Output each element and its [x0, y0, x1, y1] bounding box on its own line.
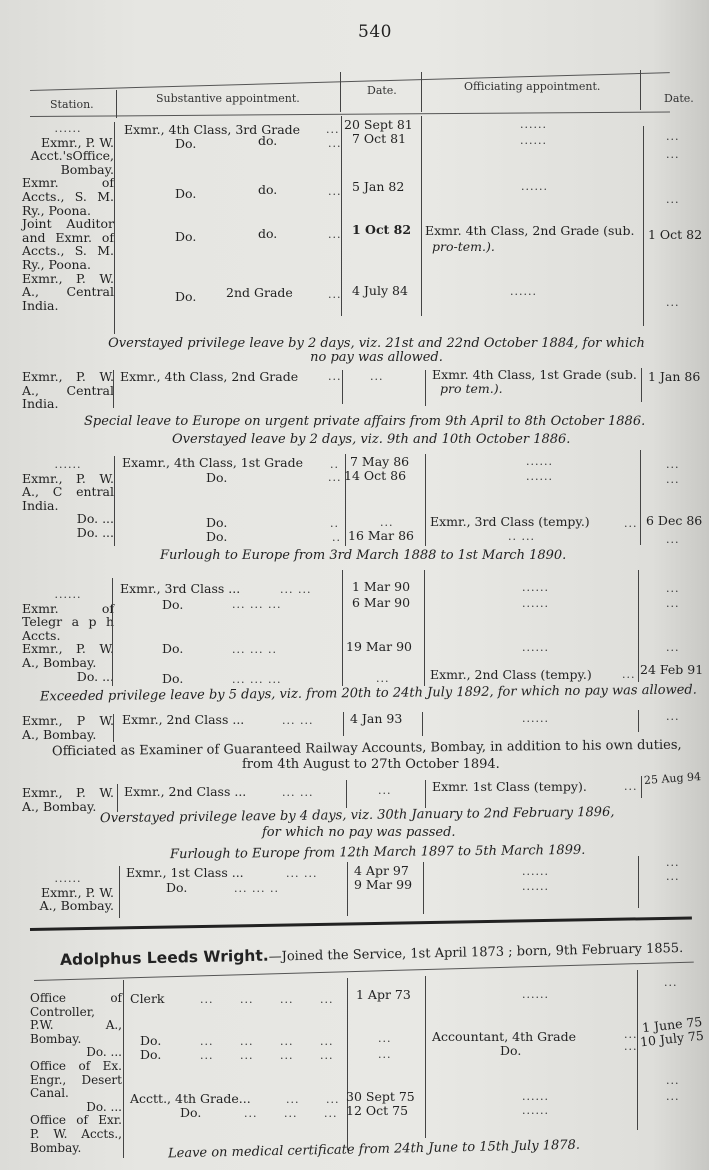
station-cell: ...... Exmr., P. W. A., Bombay. — [22, 872, 114, 913]
note-text: Leave on medical certificate from 24th J… — [168, 1138, 580, 1162]
column-header-substantive: Substantive appointment. — [156, 92, 300, 105]
note-text: Exceeded privilege leave by 5 days, viz.… — [40, 683, 697, 705]
note-text: from 4th August to 27th October 1894. — [242, 758, 500, 772]
column-header-officiating: Officiating appointment. — [464, 80, 600, 93]
note-text: Officiated as Examiner of Guaranteed Rai… — [52, 739, 682, 759]
station-cell: Exmr., P. W. A., Central India. — [22, 370, 114, 411]
note-text: Special leave to Europe on urgent privat… — [84, 414, 645, 429]
note-text: Overstayed privilege leave by 2 days, vi… — [104, 336, 649, 351]
section-divider — [30, 916, 692, 931]
note-text: no pay was allowed. — [104, 350, 649, 365]
station-cell: Office of Controller, P.W. A., Bombay. D… — [30, 992, 122, 1155]
station-cell: ...... Exmr., P. W. Acct.'sOffice, Bomba… — [22, 122, 114, 312]
station-cell: ...... Exmr., P. W. A., C entral India. … — [22, 458, 114, 540]
station-cell: Exmr., P W. A., Bombay. — [22, 714, 114, 741]
column-header-date: Date. — [367, 84, 397, 97]
person-details: —Joined the Service, 1st April 1873 ; bo… — [269, 941, 684, 965]
station-cell: ...... Exmr. of Telegr a p h Accts. Exmr… — [22, 588, 114, 683]
note-text: Overstayed leave by 2 days, viz. 9th and… — [172, 432, 570, 447]
station-cell: Exmr., P. W. A., Bombay. — [22, 786, 114, 813]
note-text: Overstayed privilege leave by 4 days, vi… — [100, 805, 615, 826]
person-name: Adolphus Leeds Wright. — [60, 947, 269, 969]
page-number: 540 — [358, 22, 392, 42]
note-text: Furlough to Europe from 3rd March 1888 t… — [160, 548, 566, 563]
column-header-station: Station. — [50, 98, 94, 111]
note-text: Furlough to Europe from 12th March 1897 … — [170, 843, 585, 862]
note-text: for which no pay was passed. — [262, 825, 456, 840]
column-header-date-2: Date. — [664, 92, 694, 105]
